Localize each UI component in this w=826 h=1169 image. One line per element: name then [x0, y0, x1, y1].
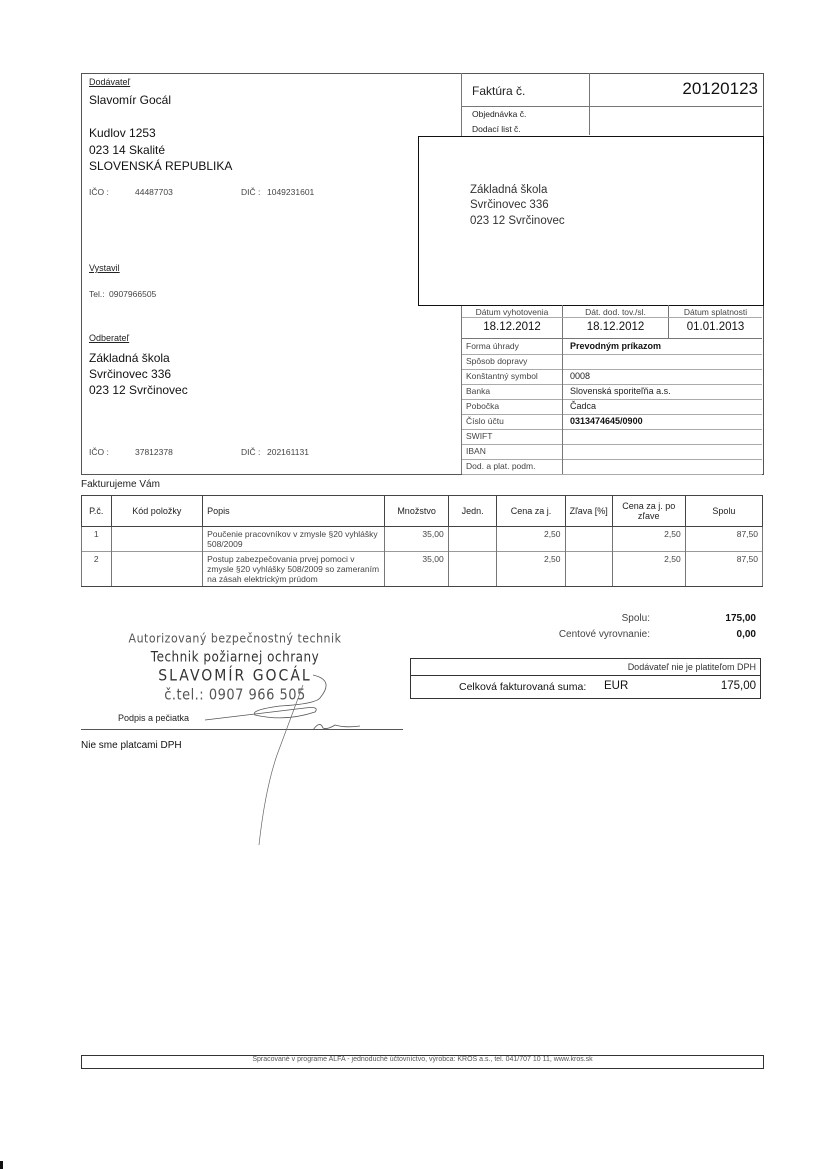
date-delivery: 18.12.2012	[563, 321, 668, 333]
footer-text: Spracované v programe ALFA - jednoduché …	[81, 1056, 764, 1063]
payment-detail-label: Číslo účtu	[466, 416, 504, 426]
table-cell: 2,50	[497, 527, 565, 552]
table-cell: 2,50	[497, 552, 565, 587]
signature-label: Podpis a pečiatka	[118, 713, 189, 723]
supplier-name: Slavomír Gocál	[89, 93, 171, 107]
column-header: Jedn.	[448, 496, 497, 527]
divider	[462, 474, 762, 475]
table-cell: 2,50	[612, 527, 685, 552]
divider	[410, 675, 761, 676]
payment-detail-label: Konštantný symbol	[466, 371, 538, 381]
table-row: 1Poučenie pracovníkov v zmysle §20 vyhlá…	[82, 527, 763, 552]
rounding-value: 0,00	[680, 629, 756, 640]
divider	[589, 73, 590, 135]
table-cell	[565, 527, 612, 552]
divider	[462, 317, 762, 318]
table-cell: 2,50	[612, 552, 685, 587]
divider	[462, 384, 762, 385]
issuer-phone-label: Tel.:	[89, 289, 105, 299]
table-cell: Postup zabezpečovania prvej pomoci v zmy…	[203, 552, 385, 587]
invoice-number: 20120123	[590, 79, 758, 99]
supplier-ico: 44487703	[135, 187, 173, 197]
payment-detail-label: Banka	[466, 386, 490, 396]
supplier-dic: 1049231601	[267, 187, 314, 197]
delivery-note-label: Dodací list č.	[472, 124, 521, 134]
table-cell: 87,50	[685, 527, 762, 552]
table-cell: 87,50	[685, 552, 762, 587]
table-cell: 2	[82, 552, 112, 587]
total-label: Celková fakturovaná suma:	[459, 681, 586, 693]
column-header: Cena za j.	[497, 496, 565, 527]
supplier-address-1: Kudlov 1253	[89, 126, 156, 140]
payment-detail-value: 0008	[570, 371, 590, 381]
divider	[562, 339, 563, 474]
stamp-line-1: Autorizovaný bezpečnostný technik	[120, 631, 350, 646]
column-header: Množstvo	[385, 496, 448, 527]
table-cell	[111, 527, 203, 552]
envelope-address-1: Základná škola	[470, 184, 547, 196]
supplier-label: Dodávateľ	[89, 77, 130, 87]
table-cell	[565, 552, 612, 587]
date-due-label: Dátum splatnosti	[669, 307, 762, 317]
divider	[462, 399, 762, 400]
payment-detail-value: Slovenská sporiteľňa a.s.	[570, 386, 671, 396]
column-header: P.č.	[82, 496, 112, 527]
supplier-dic-label: DIČ :	[241, 187, 260, 197]
payment-detail-label: Pobočka	[466, 401, 499, 411]
sum-label: Spolu:	[560, 613, 650, 624]
date-due: 01.01.2013	[669, 321, 762, 333]
envelope-address-2: Svrčinovec 336	[470, 199, 549, 211]
divider	[462, 429, 762, 430]
payment-detail-label: Dod. a plat. podm.	[466, 461, 535, 471]
divider	[462, 459, 762, 460]
customer-ico-label: IČO :	[89, 447, 109, 457]
customer-label: Odberateľ	[89, 333, 129, 343]
items-heading: Fakturujeme Vám	[81, 479, 160, 490]
table-cell: 35,00	[385, 527, 448, 552]
payment-detail-label: SWIFT	[466, 431, 492, 441]
payment-detail-label: Forma úhrady	[466, 341, 519, 351]
table-cell	[448, 527, 497, 552]
table-row: 2Postup zabezpečovania prvej pomoci v zm…	[82, 552, 763, 587]
supplier-address-3: SLOVENSKÁ REPUBLIKA	[89, 159, 232, 173]
table-cell: Poučenie pracovníkov v zmysle §20 vyhláš…	[203, 527, 385, 552]
order-number-label: Objednávka č.	[472, 109, 526, 119]
payment-detail-label: IBAN	[466, 446, 486, 456]
divider	[462, 338, 762, 339]
divider	[462, 444, 762, 445]
column-header: Cena za j. po zľave	[612, 496, 685, 527]
column-header: Popis	[203, 496, 385, 527]
customer-address-2: Svrčinovec 336	[89, 367, 171, 381]
divider	[462, 106, 762, 107]
payment-detail-value: Prevodným príkazom	[570, 341, 661, 351]
column-header: Kód položky	[111, 496, 203, 527]
divider	[462, 369, 762, 370]
customer-address-3: 023 12 Svrčinovec	[89, 383, 188, 397]
vat-statement: Nie sme platcami DPH	[81, 740, 182, 751]
date-issued-label: Dátum vyhotovenia	[462, 307, 562, 317]
table-cell	[111, 552, 203, 587]
date-delivery-label: Dát. dod. tov./sl.	[563, 307, 668, 317]
total-value: 175,00	[660, 680, 756, 692]
sum-value: 175,00	[680, 613, 756, 624]
customer-dic: 202161131	[267, 447, 309, 457]
total-currency: EUR	[604, 680, 628, 692]
customer-ico: 37812378	[135, 447, 173, 457]
column-header: Spolu	[685, 496, 762, 527]
items-table: P.č.Kód položkyPopisMnožstvoJedn.Cena za…	[81, 495, 763, 587]
table-cell	[448, 552, 497, 587]
payment-detail-value: 0313474645/0900	[570, 416, 643, 426]
vat-note: Dodávateľ nie je platiteľom DPH	[412, 662, 756, 672]
date-issued: 18.12.2012	[462, 321, 562, 333]
supplier-ico-label: IČO :	[89, 187, 109, 197]
column-header: Zľava [%]	[565, 496, 612, 527]
customer-address-1: Základná škola	[89, 351, 170, 365]
signature-icon	[195, 670, 375, 850]
supplier-address-2: 023 14 Skalité	[89, 143, 165, 157]
rounding-label: Centové vyrovnanie:	[500, 629, 650, 640]
stamp-line-2: Technik požiarnej ochrany	[120, 649, 350, 665]
payment-detail-value: Čadca	[570, 401, 596, 411]
payment-detail-label: Spôsob dopravy	[466, 356, 527, 366]
scan-mark	[0, 1161, 3, 1169]
customer-dic-label: DIČ :	[241, 447, 260, 457]
table-cell: 1	[82, 527, 112, 552]
issuer-label: Vystavil	[89, 263, 120, 273]
divider	[462, 354, 762, 355]
divider	[462, 414, 762, 415]
table-cell: 35,00	[385, 552, 448, 587]
invoice-title-label: Faktúra č.	[472, 84, 525, 98]
envelope-address-3: 023 12 Svrčinovec	[470, 215, 565, 227]
issuer-phone: 0907966505	[109, 289, 156, 299]
